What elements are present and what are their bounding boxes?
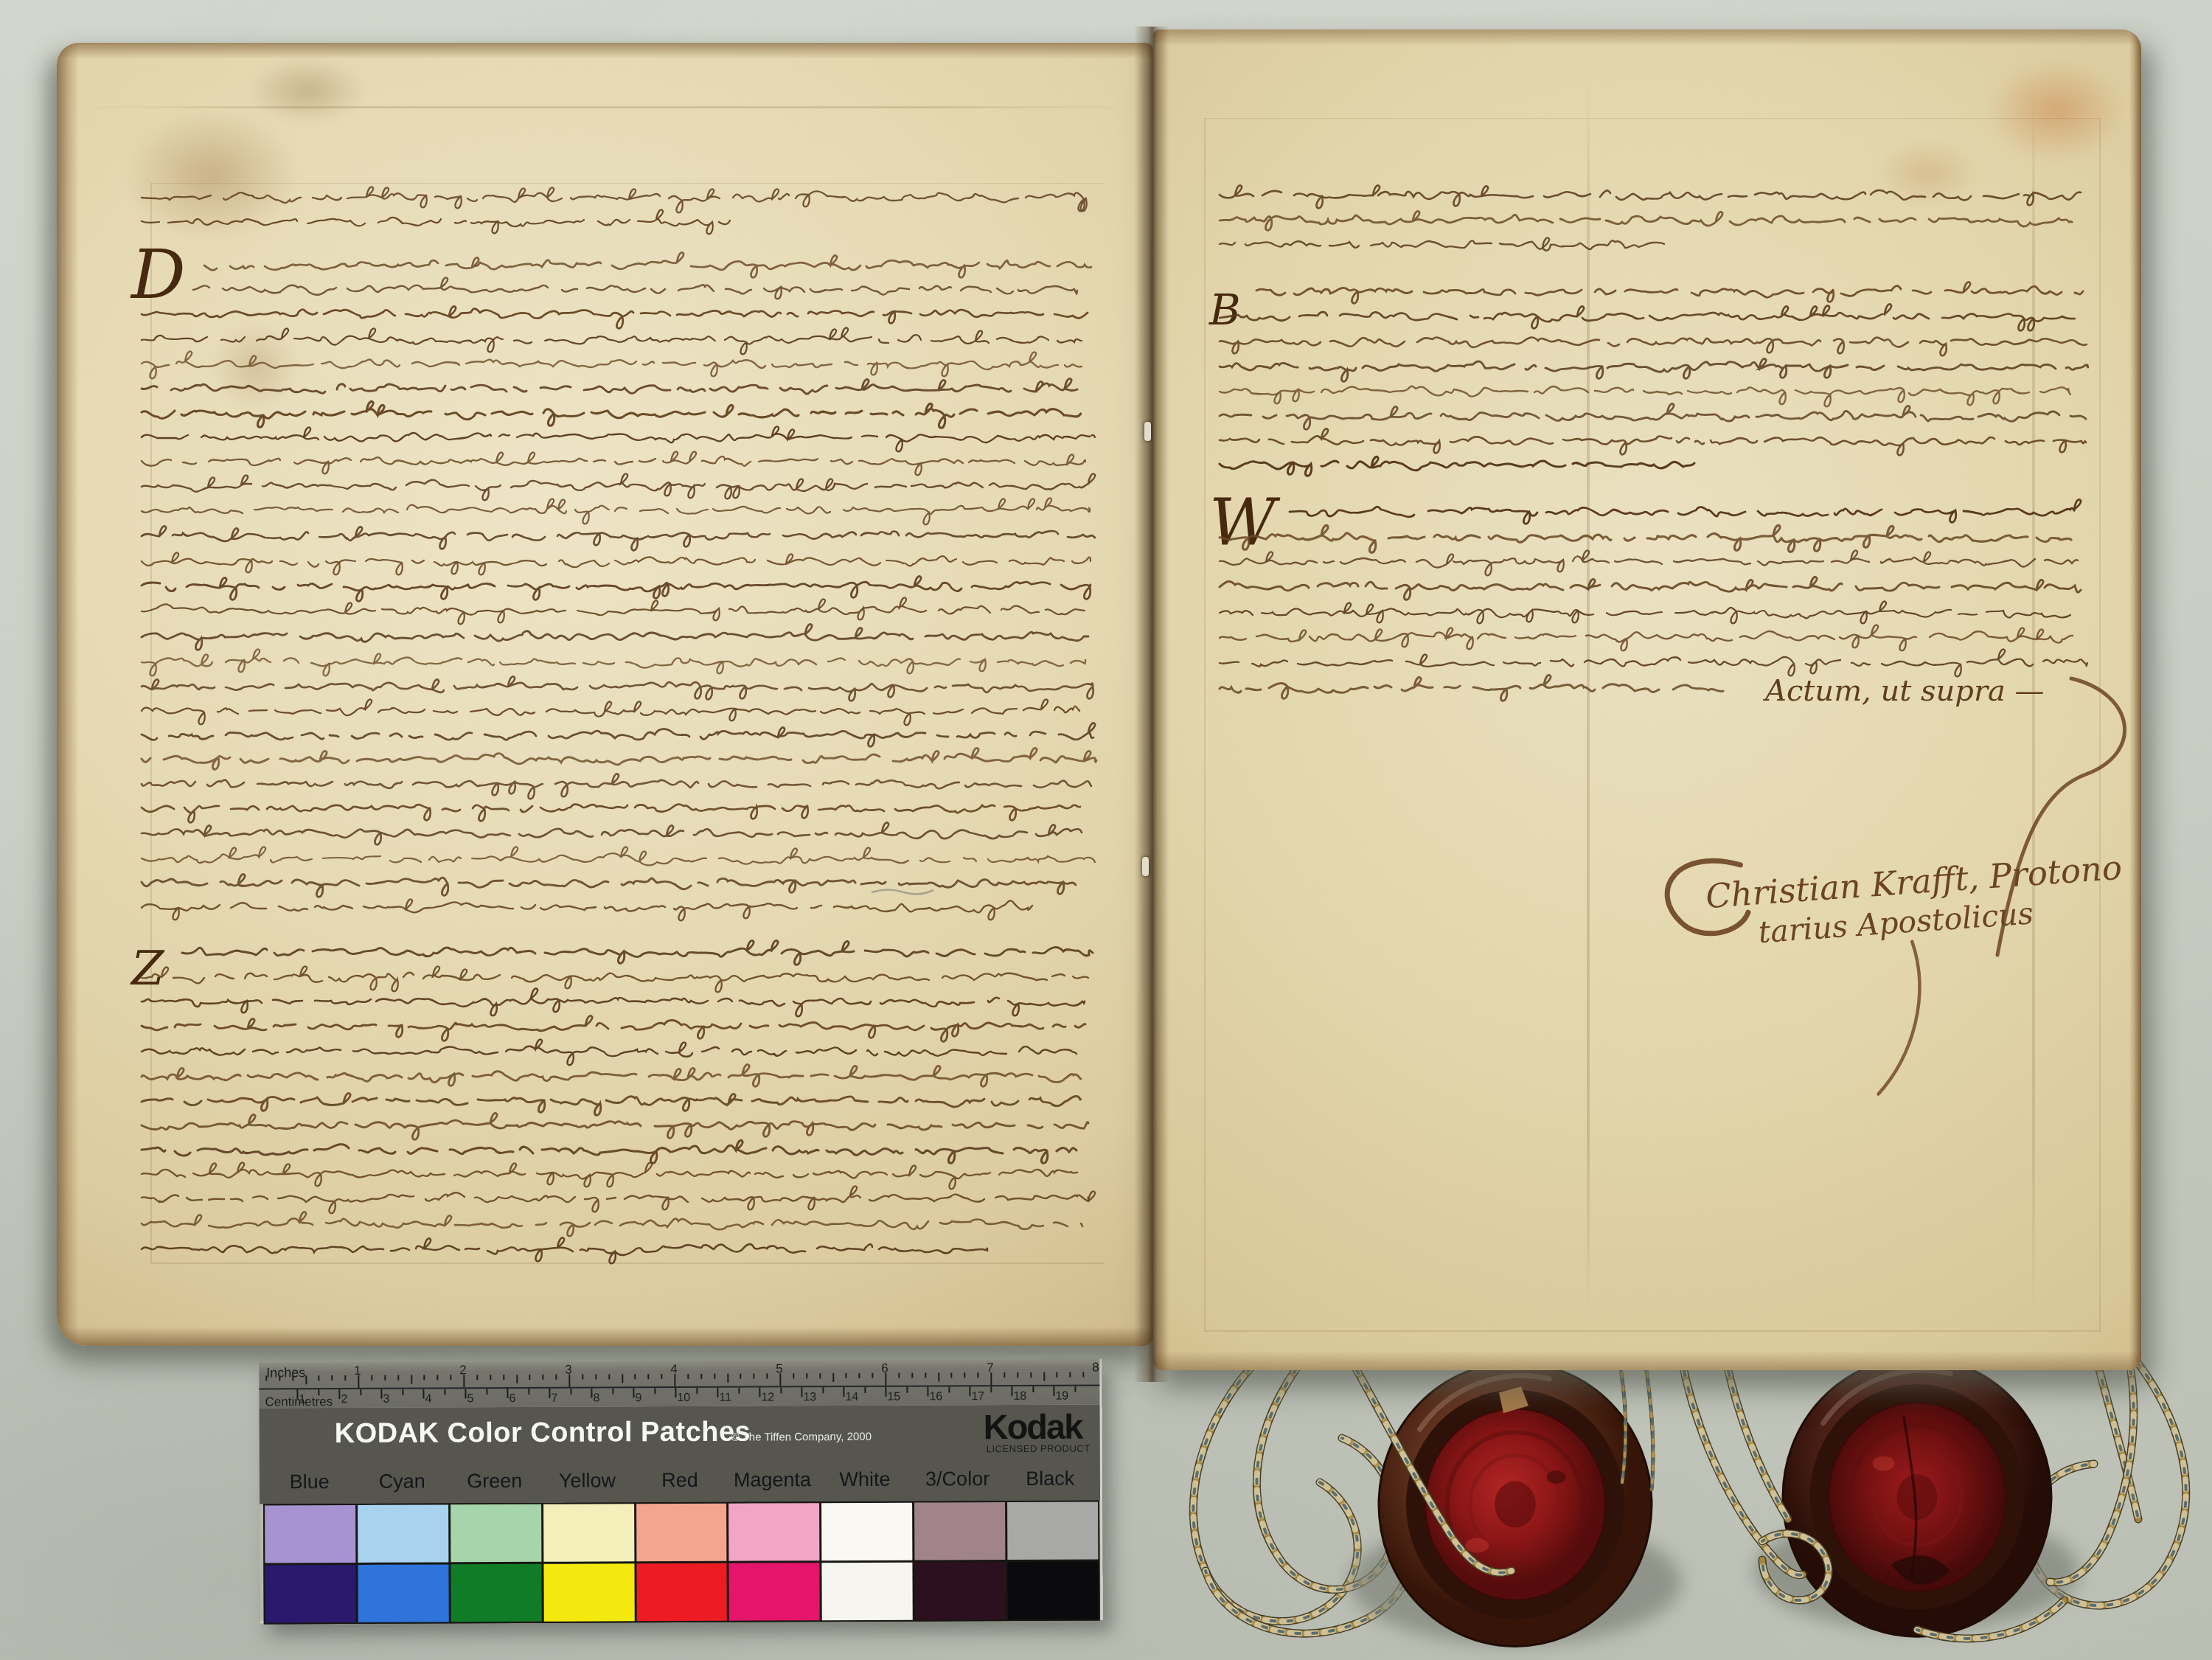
ruler-tick [654,1388,655,1394]
ruler-tick [885,1387,886,1397]
handwriting-line [142,401,1081,428]
patch-label-3-color: 3/Color [911,1468,1004,1491]
handwriting-line [142,306,1088,328]
manuscript-right-page: BW Actum, ut supra — Christian Krafft, P… [1153,29,2141,1370]
seal-part [1904,1417,1916,1577]
braided-cord [1681,1357,1803,1575]
page-scorched-edge [2129,29,2141,1370]
patch-magenta-pastel [729,1503,820,1561]
braided-cord [1349,1357,1512,1573]
patch-cyan-pastel [358,1504,448,1563]
braided-cord [2028,1350,2186,1605]
ruler-tick [635,1374,636,1379]
braided-cord [1349,1357,1512,1573]
handwriting-line [142,1113,1088,1139]
ruler-tick [780,1387,782,1393]
braided-cord [2050,1372,2134,1583]
braided-cord [1762,1534,1829,1600]
handwriting-line [182,940,1093,965]
seal-part [1406,1390,1624,1619]
ruler-tick [822,1387,824,1393]
handwriting-line [1220,525,2071,552]
braided-cord [1193,1357,1357,1622]
ruler-tick [402,1389,403,1395]
handwriting-line [1220,304,2075,330]
centimetre-number: 6 [509,1392,515,1406]
handwriting-line [142,526,1095,550]
ruler-tick [450,1375,451,1380]
seal-part [1783,1358,2051,1637]
seal-part [1897,1474,1938,1520]
handwriting-line [142,874,1076,897]
ruler-tick [570,1389,571,1395]
ruler-tick [344,1375,346,1381]
kodak-color-control-strip: Inches Centimetres 12345678 123456789101… [259,1359,1103,1624]
parchment-crease [79,106,1132,108]
ruler-tick [872,1373,873,1378]
handwriting-line [142,1015,1085,1041]
handwriting-line [1220,338,2087,356]
ruler-tick [717,1388,718,1397]
handwriting-line [142,576,1091,601]
ruler-tick [846,1373,847,1378]
ruler-tick [951,1372,953,1378]
ruler-tick [360,1389,361,1395]
ruler-tick [938,1372,939,1381]
handwriting-line [142,597,1085,624]
ruler-tick [591,1389,592,1398]
kodak-logo: Kodak [984,1406,1082,1448]
braided-cord [1762,1534,1829,1600]
inch-number: 8 [1092,1361,1099,1375]
photograph-of-manuscript: DZ BW Actum, ut supra — Christian Krafft… [0,0,2212,1660]
ruler-tick [696,1388,698,1394]
braided-cord [1681,1357,1803,1575]
braided-cord [2050,1372,2134,1583]
centimetre-number: 11 [719,1392,731,1405]
marginal-note [872,890,933,895]
braided-cord [2028,1350,2186,1605]
ruler-tick [622,1374,623,1383]
page-edge-shadow [1153,29,1168,1370]
handwriting-line [142,426,1095,451]
ruler-tick [543,1375,544,1380]
patch-cyan-saturated [358,1564,448,1622]
handwriting-line [1220,675,1723,701]
patch-label-white: White [818,1468,911,1491]
ruler-tick [332,1375,333,1381]
seal-part [1809,1384,2024,1610]
centimetre-scale: 12345678910111213141516171819 [259,1359,1099,1363]
handwriting-line [142,774,1091,799]
braided-cord [1644,1357,1653,1490]
handwriting-line [1220,577,2081,600]
ruler-tick [911,1373,913,1378]
ruler-tick [555,1375,557,1380]
ruler-tick [859,1373,860,1378]
handwriting-line [142,1093,1081,1115]
braided-cord [2094,1350,2138,1519]
ruled-text-frame [151,183,1104,1263]
handwriting-line [142,847,1095,865]
ruler-tick [279,1375,280,1381]
handwriting-line [142,1064,1081,1086]
ruler-tick [977,1372,978,1378]
ruler-tick [507,1389,508,1398]
strip-title: KODAK Color Control Patches [335,1417,751,1450]
wax-seal-left [1379,1363,1652,1647]
inches-label: Inches [266,1365,305,1381]
page-scorched-edge [57,1327,1153,1346]
ruler-tick [727,1374,728,1383]
ruler-tick [1004,1372,1005,1378]
seal-part [1447,1432,1584,1577]
ruler-tick [371,1375,372,1381]
braided-cord [1349,1357,1512,1573]
seal-shadow [1755,1512,2079,1630]
color-patch-grid [263,1501,1100,1625]
ruler-tick [740,1374,742,1379]
handwriting-line [1220,625,2073,650]
handwriting-line [1220,237,1664,250]
patch-red-saturated [636,1563,727,1622]
paragraph-initial: D [130,235,186,314]
handwriting-line [142,1212,1082,1236]
inch-number: 1 [354,1364,361,1378]
paragraph-initial: B [1208,285,1241,335]
ruler-tick [486,1389,487,1395]
handwriting-line [142,988,1085,1016]
handwriting-line [142,966,1088,992]
braided-cord [1206,1549,1410,1633]
handwriting-line [142,1162,1077,1189]
binding-stitch [1142,857,1149,876]
seal-part [1420,1375,1550,1429]
ruler-tick [476,1375,478,1380]
handwriting-line [142,451,1085,475]
seal-part [1547,1470,1566,1484]
binding-stitch [1144,422,1151,441]
ruler-tick [1030,1372,1032,1378]
centimetre-number: 19 [1055,1390,1068,1403]
seal-part [1470,1455,1560,1553]
braided-seal-cords-back [1193,1350,2185,1633]
ruler-tick [490,1375,491,1380]
ruler-tick [906,1387,908,1393]
braided-cord [1725,1357,1788,1519]
braided-cord [1917,1600,2065,1639]
ruler-tick [384,1375,386,1381]
handwritten-text-left: DZ [79,183,1104,1311]
handwriting-line [142,723,1095,746]
inch-number: 5 [776,1361,783,1376]
centimetre-number: 4 [425,1392,431,1406]
handwriting-line [1220,358,2088,381]
patch-black-saturated [1008,1562,1099,1620]
ruler-tick [714,1374,715,1379]
patch-white-saturated [822,1563,913,1621]
ruler-tick [444,1389,445,1395]
braided-cord [1256,1357,1396,1590]
handwriting-line [142,1186,1095,1213]
handwriting-line [142,187,1087,212]
page-scorched-edge [1153,29,2141,46]
handwriting-line [1220,211,2072,230]
handwriting-line [1220,386,2070,407]
handwriting-line [1256,282,2083,303]
ruler-tick [529,1375,531,1380]
ruler-divider [259,1385,1099,1390]
ruler-tick [1017,1372,1018,1378]
ruler-tick [380,1389,382,1399]
centimetre-number: 16 [929,1390,942,1403]
ruler-tick [422,1389,424,1399]
braided-cord [2094,1350,2138,1519]
handwriting-line [1220,601,2070,623]
patch-green-pastel [451,1504,541,1563]
braided-cord [1725,1357,1788,1519]
ruler-tick [927,1387,928,1397]
braided-cord [2094,1350,2138,1519]
braided-cord [1256,1357,1396,1590]
ruler-tick [424,1375,425,1381]
seal-part [1499,1386,1528,1413]
handwriting-line [142,676,1093,701]
seal-part [1873,1456,1895,1471]
seal-part [1823,1370,1951,1423]
braided-cord [1644,1357,1653,1490]
ruler-tick [754,1374,755,1379]
ruler-tick [1011,1386,1012,1396]
braided-cord [1644,1357,1653,1490]
patch-label-yellow: Yellow [541,1469,634,1493]
ruler-tick [738,1388,740,1394]
handwriting-line [142,1039,1077,1065]
ruler-tick [1074,1386,1076,1392]
braided-seal-cords-front [1349,1357,2134,1639]
handwriting-line [1290,499,2081,524]
patch-magenta-saturated [729,1563,820,1621]
handwriting-line [204,252,1091,277]
handwriting-line [1220,649,2087,676]
handwriting-line [1220,403,2086,429]
paragraph-initial: Z [130,942,165,996]
ruler-tick [766,1373,768,1378]
ruler-tick [1032,1386,1034,1392]
handwriting-line [142,327,1082,354]
handwriting-line [142,473,1095,500]
page-edge-shadow [1138,43,1153,1346]
ruler-tick [843,1387,844,1397]
ruler-tick [465,1389,466,1398]
ruler-tick [675,1388,676,1397]
ruler-tick [925,1373,926,1378]
ruler-tick [806,1373,807,1378]
ruler-tick [318,1389,319,1395]
braided-cord [1349,1357,1512,1573]
inch-number: 2 [459,1363,467,1378]
braided-cord [1206,1549,1410,1633]
ruler-tick [801,1387,802,1397]
braided-cord [1256,1357,1396,1590]
patch-label-black: Black [1004,1467,1096,1490]
handwritten-text-right: BW Actum, ut supra — Christian Krafft, P… [1197,118,2126,1370]
inch-number: 7 [987,1361,994,1375]
handwriting-line [142,805,1080,823]
page-scorched-edge [57,43,79,1346]
ruler-tick [864,1387,866,1393]
seal-shadow [1349,1519,1681,1645]
patch-3-color-saturated [915,1562,1006,1620]
ruler-tick [898,1373,900,1378]
centimetre-number: 7 [551,1392,557,1406]
braided-cord [1681,1357,1803,1575]
patch-label-red: Red [633,1468,726,1492]
centimetre-number: 3 [383,1393,389,1406]
ruler-tick [687,1374,689,1379]
handwriting-line [142,1140,1077,1163]
centimetre-number: 18 [1013,1390,1026,1403]
patch-green-saturated [451,1564,541,1622]
ruler-tick [964,1372,966,1378]
centimetre-number: 14 [845,1391,858,1404]
centimetre-number: 8 [593,1392,599,1405]
seal-part [1465,1538,1489,1553]
braided-cord [1762,1534,1829,1600]
patch-label-row: BlueCyanGreenYellowRedMagentaWhite3/Colo… [263,1460,1096,1501]
ruler-tick [582,1375,583,1380]
patch-yellow-pastel [543,1504,634,1562]
patch-label-magenta: Magenta [726,1468,819,1492]
handwriting-line [142,899,1032,920]
seal-part [1425,1409,1605,1600]
braided-cord [1193,1357,1357,1622]
handwriting-line [142,552,1091,574]
braided-cord [1256,1357,1396,1590]
braided-cord [1917,1600,2065,1639]
inch-number: 4 [670,1362,678,1377]
ruler-tick [832,1373,834,1382]
handwriting-line [142,498,1090,524]
wax-seal-right [1783,1358,2051,1637]
braided-cord [2028,1350,2186,1605]
patch-yellow-saturated [543,1563,634,1622]
handwriting-line [193,277,1077,299]
braided-cord [1725,1357,1788,1519]
handwriting-line [142,378,1077,394]
ruler-tick [793,1373,794,1378]
centimetre-number: 13 [803,1391,816,1404]
braided-cord [2050,1372,2134,1583]
handwriting-line [142,209,730,234]
patch-white-pastel [821,1503,912,1561]
ruler-tick [549,1389,550,1398]
patch-red-pastel [636,1504,727,1562]
ruler-tick [437,1375,439,1380]
strip-header: KODAK Color Control Patches © The Tiffen… [260,1405,1101,1504]
ruler-tick [503,1375,504,1380]
ruler-tick [397,1375,399,1381]
actum-clause: Actum, ut supra — [1762,674,2045,708]
seal-part [1379,1363,1652,1647]
ruler-tick [700,1374,702,1379]
braided-cord [1917,1600,2065,1639]
ruler-tick [633,1388,634,1397]
braided-cord [1618,1357,1626,1482]
handwriting-line [142,351,1082,378]
page-scorched-edge [57,43,1153,59]
handwriting-line [1220,185,2081,208]
braided-cord [1725,1357,1788,1519]
patch-label-blue: Blue [263,1470,356,1493]
braided-cord [1917,1600,2065,1639]
braided-cord [2050,1372,2134,1583]
ruler-tick [292,1375,293,1381]
signature-descender-flourish [1868,941,1927,1094]
ruler-tick [759,1388,760,1397]
ruler-tick [516,1375,518,1383]
seal-part [1891,1555,1950,1585]
handwriting-line [142,748,1096,769]
handwriting-line [142,624,1088,650]
ruled-text-frame [1205,118,2100,1331]
ruler-tick [528,1389,529,1395]
patch-3-color-pastel [914,1502,1005,1560]
ruler-tick [338,1389,340,1399]
braided-cord [2028,1350,2186,1605]
patch-blue-saturated [265,1565,355,1623]
licensed-product-text: LICENSED PRODUCT [987,1443,1091,1455]
braided-cord [1618,1357,1626,1482]
ruler-tick [1043,1372,1045,1381]
patch-label-cyan: Cyan [355,1470,448,1493]
notary-signature: Christian Krafft, Protono tarius Apostol… [1665,833,2126,1108]
ruler-band: Inches Centimetres 12345678 123456789101… [259,1359,1099,1409]
ruler-tick [265,1375,267,1381]
seal-part [1829,1403,2006,1591]
ruler-tick [305,1375,307,1384]
seal-part [1495,1482,1536,1528]
handwriting-line [142,1237,987,1263]
parchment-stain [248,58,366,124]
braided-cord [1193,1357,1357,1622]
ruler-tick [1070,1372,1071,1378]
manuscript-left-page: DZ [57,43,1153,1346]
ruler-tick [319,1375,320,1381]
ruler-tick [969,1386,970,1396]
ruler-tick [1053,1386,1054,1396]
centimetre-number: 5 [467,1392,473,1406]
ruler-tick [411,1375,412,1384]
braided-cord [1193,1357,1357,1622]
braided-cord [1206,1549,1410,1633]
braided-cord [1618,1357,1626,1482]
seal-part [1873,1448,1961,1545]
centimetre-number: 10 [677,1392,690,1405]
ruler-tick [612,1388,613,1394]
centimetre-number: 15 [887,1391,900,1404]
ruler-tick [1057,1372,1058,1378]
handwriting-line [1220,456,1694,476]
centimetre-number: 1 [299,1393,305,1406]
ruler-tick [296,1389,298,1399]
handwriting-line [142,649,1085,676]
ruler-tick [661,1374,662,1379]
handwriting-line [1220,550,2078,575]
seal-part [1850,1426,1984,1569]
inch-scale: 12345678 [259,1359,1099,1363]
inch-number: 3 [565,1363,572,1378]
